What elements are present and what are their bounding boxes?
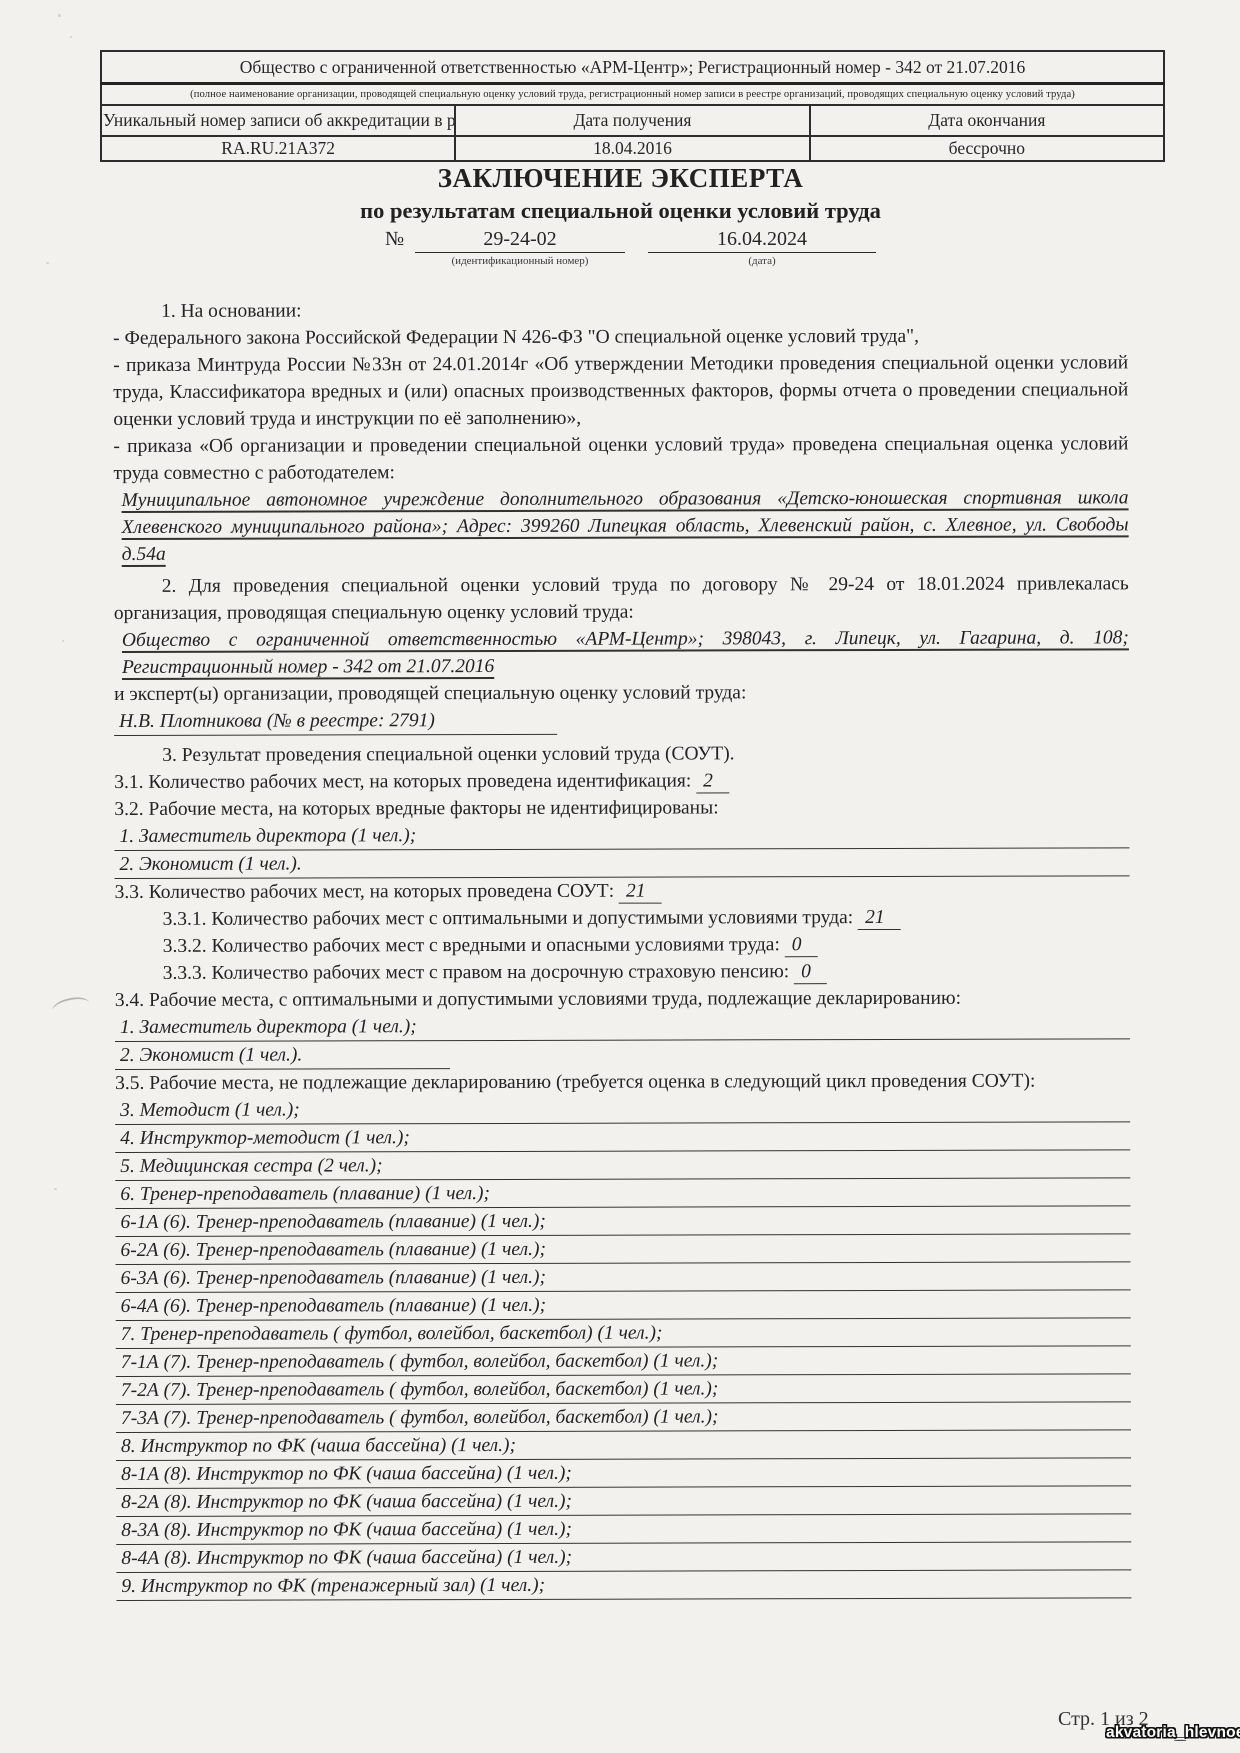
workplace-item: 4. Инструктор-методист (1 чел.); <box>115 1122 1130 1153</box>
number-sign: № <box>385 228 404 251</box>
workplace-item: 8-2А (8). Инструктор по ФК (чаша бассейн… <box>116 1486 1131 1517</box>
workplace-item: 2. Экономист (1 чел.). <box>114 848 1129 879</box>
basis-law-line: - Федерального закона Российской Федерац… <box>113 322 1128 352</box>
item-3-3: 3.3. Количество рабочих мест, на которых… <box>115 876 1130 906</box>
field-label: 3.3. Количество рабочих мест, на которых… <box>115 881 619 903</box>
registry-number-header-cell: Уникальный номер записи об аккредитации … <box>101 105 455 136</box>
item-1-heading: 1. На основании: <box>113 295 1128 325</box>
workplace-item: 7-2А (7). Тренер-преподаватель ( футбол,… <box>116 1374 1131 1405</box>
title-block: ЗАКЛЮЧЕНИЕ ЭКСПЕРТА по результатам специ… <box>113 163 1128 224</box>
field-value: 21 <box>858 907 901 930</box>
workplace-item: 6-1А (6). Тренер-преподаватель (плавание… <box>115 1206 1130 1237</box>
workplace-item: 5. Медицинская сестра (2 чел.); <box>115 1150 1130 1181</box>
date-end-value: бессрочно <box>810 136 1164 161</box>
item-3-1: 3.1. Количество рабочих мест, на которых… <box>114 766 1129 796</box>
document-title: ЗАКЛЮЧЕНИЕ ЭКСПЕРТА <box>113 163 1128 194</box>
experts-intro: и эксперт(ы) организации, проводящей спе… <box>114 678 1129 708</box>
date-field: 16.04.2024 <box>648 228 876 253</box>
workplace-item: 8-1А (8). Инструктор по ФК (чаша бассейн… <box>116 1458 1131 1489</box>
item-3-4: 3.4. Рабочие места, с оптимальными и доп… <box>115 984 1130 1014</box>
workplace-item: 6. Тренер-преподаватель (плавание) (1 че… <box>115 1178 1130 1209</box>
field-label: 3.3.1. Количество рабочих мест с оптимал… <box>163 907 858 930</box>
workplace-item: 6-3А (6). Тренер-преподаватель (плавание… <box>116 1262 1131 1293</box>
field-label: 3.1. Количество рабочих мест, на которых… <box>114 770 696 793</box>
employer-name: Муниципальное автономное учреждение допо… <box>114 484 1129 568</box>
item-3-5: 3.5. Рабочие места, не подлежащие деклар… <box>115 1067 1130 1097</box>
watermark-label: akvatoria_hlevnoe <box>1106 1724 1240 1742</box>
basis-order-org: - приказа «Об организации и проведении с… <box>113 430 1128 487</box>
scan-speck <box>62 640 64 642</box>
expert-name: Н.В. Плотникова (№ в реестре: 2791) <box>114 707 557 736</box>
field-value: 2 <box>696 770 729 793</box>
workplace-item: 1. Заместитель директора (1 чел.); <box>114 820 1129 851</box>
item-3-heading: 3. Результат проведения специальной оцен… <box>114 739 1129 769</box>
identification-number-field: 29-24-02 <box>415 228 625 253</box>
field-value: 0 <box>794 961 827 984</box>
scan-speck <box>58 14 61 17</box>
workplace-item: 6-4А (6). Тренер-преподаватель (плавание… <box>116 1290 1131 1321</box>
assessing-org-name: Общество с ограниченной ответственностью… <box>114 624 1129 681</box>
registry-number-value: RA.RU.21A372 <box>101 136 455 161</box>
organization-note-cell: (полное наименование организации, провод… <box>101 84 1164 106</box>
document-subtitle: по результатам специальной оценки услови… <box>113 198 1128 224</box>
workplace-item: 7-3А (7). Тренер-преподаватель ( футбол,… <box>116 1402 1131 1433</box>
accreditation-table: Общество с ограниченной ответственностью… <box>100 50 1165 162</box>
workplace-item: 7-1А (7). Тренер-преподаватель ( футбол,… <box>116 1346 1131 1377</box>
field-label: 3.3.3. Количество рабочих мест с правом … <box>163 961 794 984</box>
scanned-document-page: Общество с ограниченной ответственностью… <box>0 0 1240 1753</box>
document-number-row: № 29-24-02 16.04.2024 (идентификационный… <box>113 228 1128 274</box>
scan-speck <box>46 262 49 264</box>
workplace-item: 9. Инструктор по ФК (тренажерный зал) (1… <box>116 1570 1131 1601</box>
field-value: 21 <box>619 881 662 904</box>
item-3-3-2: 3.3.2. Количество рабочих мест с вредным… <box>115 930 1130 960</box>
workplace-item: 1. Заместитель директора (1 чел.); <box>115 1011 1130 1042</box>
workplace-item: 8-3А (8). Инструктор по ФК (чаша бассейн… <box>116 1514 1131 1545</box>
scan-speck <box>70 36 72 38</box>
date-received-header-cell: Дата получения <box>455 105 809 136</box>
item-3-3-1: 3.3.1. Количество рабочих мест с оптимал… <box>115 903 1130 933</box>
item-3-3-3: 3.3.3. Количество рабочих мест с правом … <box>115 957 1130 987</box>
scan-speck <box>54 1188 57 1190</box>
field-label: 3.3.2. Количество рабочих мест с вредным… <box>163 934 785 957</box>
item-2-heading: 2. Для проведения специальной оценки усл… <box>114 570 1129 627</box>
workplace-item: 2. Экономист (1 чел.). <box>115 1041 450 1070</box>
basis-order-33n: - приказа Минтруда России №33н от 24.01.… <box>113 349 1128 433</box>
organization-name-cell: Общество с ограниченной ответственностью… <box>101 51 1164 84</box>
workplace-item: 6-2А (6). Тренер-преподаватель (плавание… <box>115 1234 1130 1265</box>
workplace-item: 8. Инструктор по ФК (чаша бассейна) (1 ч… <box>116 1430 1131 1461</box>
workplace-item: 3. Методист (1 чел.); <box>115 1094 1130 1125</box>
identification-number-caption: (идентификационный номер) <box>415 255 625 267</box>
document-body: 1. На основании:- Федерального закона Ро… <box>113 289 1131 1601</box>
workplace-item: 7. Тренер-преподаватель ( футбол, волейб… <box>116 1318 1131 1349</box>
date-end-header-cell: Дата окончания <box>810 105 1164 136</box>
date-received-value: 18.04.2016 <box>455 136 809 161</box>
date-caption: (дата) <box>648 255 876 267</box>
field-value: 0 <box>785 934 818 957</box>
item-3-2: 3.2. Рабочие места, на которых вредные ф… <box>114 793 1129 823</box>
scan-pen-mark <box>51 994 92 1020</box>
workplace-item: 8-4А (8). Инструктор по ФК (чаша бассейн… <box>116 1542 1131 1573</box>
